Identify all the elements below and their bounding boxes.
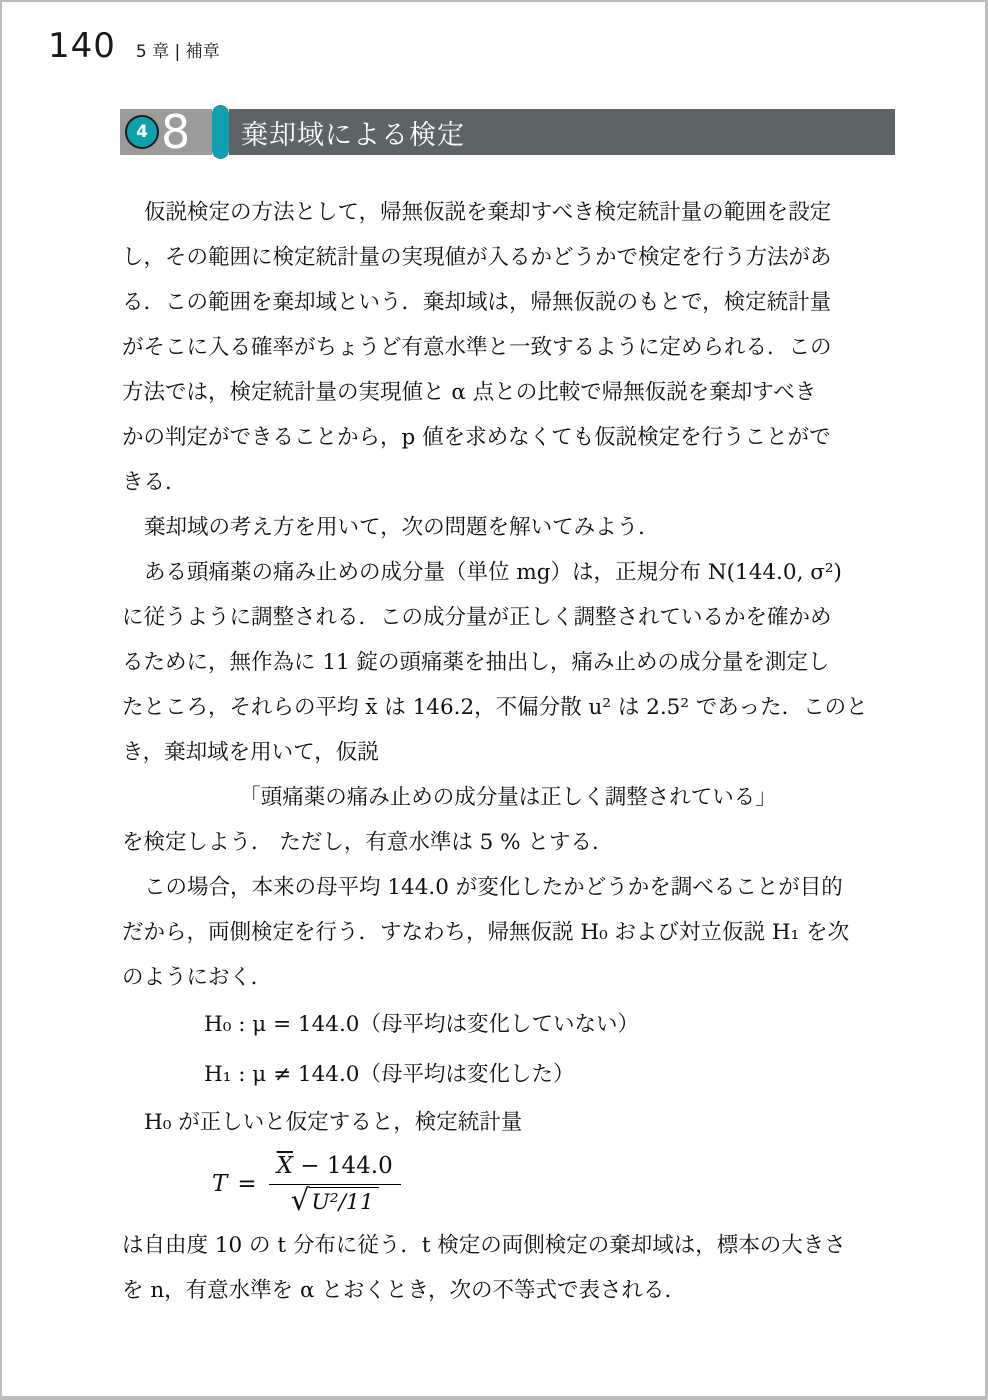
numerator-rest: − 144.0 — [293, 1153, 393, 1179]
text-line: H₀ が正しいと仮定すると，検定統計量 — [122, 1100, 894, 1145]
text-line: るために，無作為に 11 錠の頭痛薬を抽出し，痛み止めの成分量を測定し — [122, 640, 894, 685]
text-line: を検定しよう． ただし，有意水準は 5 % とする． — [122, 820, 894, 865]
body-text: 仮説検定の方法として，帰無仮説を棄却すべき検定統計量の範囲を設定し，その範囲に検… — [122, 190, 894, 1313]
paragraph-lines-b: は自由度 10 の t 分布に従う．t 検定の両側検定の棄却域は，標本の大きさを… — [122, 1223, 894, 1313]
text-line: きる． — [122, 460, 894, 505]
text-line: る．この範囲を棄却域という．棄却域は，帰無仮説のもとで，検定統計量 — [122, 280, 894, 325]
running-head: 140 5 章 | 補章 — [48, 26, 220, 66]
text-line: は自由度 10 の t 分布に従う．t 検定の両側検定の棄却域は，標本の大きさ — [122, 1223, 894, 1268]
sqrt-symbol: √ — [291, 1186, 310, 1215]
text-line: のようにおく． — [122, 955, 894, 1000]
formula-test-statistic: T = X − 144.0 √U²/11 — [212, 1148, 894, 1220]
text-line: H₀ : μ = 144.0（母平均は変化していない） — [122, 1000, 894, 1050]
accent-bar — [212, 105, 229, 159]
text-line: を n，有意水準を α とおくとき，次の不等式で表される． — [122, 1268, 894, 1313]
text-line: に従うように調整される．この成分量が正しく調整されているかを確かめ — [122, 595, 894, 640]
text-line: し，その範囲に検定統計量の実現値が入るかどうかで検定を行う方法があ — [122, 235, 894, 280]
section-title: 棄却域による検定 — [229, 109, 895, 155]
paragraph-lines-a: 仮説検定の方法として，帰無仮説を棄却すべき検定統計量の範囲を設定し，その範囲に検… — [122, 190, 894, 1145]
text-line: だから，両側検定を行う．すなわち，帰無仮説 H₀ および対立仮説 H₁ を次 — [122, 910, 894, 955]
text-line: 仮説検定の方法として，帰無仮説を棄却すべき検定統計量の範囲を設定 — [122, 190, 894, 235]
text-line: き，棄却域を用いて，仮説 — [122, 730, 894, 775]
text-line: この場合，本来の母平均 144.0 が変化したかどうかを調べることが目的 — [122, 865, 894, 910]
section-banner: 4 8 棄却域による検定 — [120, 109, 895, 155]
chapter-label: 5 章 | 補章 — [136, 37, 220, 62]
chapter-badge: 4 — [125, 115, 159, 149]
text-line: たところ，それらの平均 x̄ は 146.2，不偏分散 u² は 2.5² であ… — [122, 685, 894, 730]
text-line: 「頭痛薬の痛み止めの成分量は正しく調整されている」 — [122, 775, 894, 820]
xbar-variable: X — [277, 1153, 293, 1179]
formula-lhs: T — [212, 1162, 227, 1207]
text-line: ある頭痛薬の痛み止めの成分量（単位 mg）は，正規分布 N(144.0, σ²) — [122, 550, 894, 595]
denominator: √U²/11 — [291, 1185, 379, 1216]
text-line: H₁ : μ ≠ 144.0（母平均は変化した） — [122, 1050, 894, 1100]
equals-sign: = — [237, 1162, 256, 1207]
fraction: X − 144.0 √U²/11 — [269, 1152, 401, 1216]
textbook-page: 140 5 章 | 補章 4 8 棄却域による検定 仮説検定の方法として，帰無仮… — [0, 0, 988, 1400]
numerator: X − 144.0 — [269, 1152, 401, 1185]
text-line: がそこに入る確率がちょうど有意水準と一致するように定められる．この — [122, 325, 894, 370]
page-number: 140 — [48, 26, 116, 66]
section-number: 8 — [161, 109, 190, 155]
chapter-badge-number: 4 — [136, 122, 148, 142]
section-number-block: 4 8 — [120, 109, 212, 155]
text-line: 方法では，検定統計量の実現値と α 点との比較で帰無仮説を棄却すべき — [122, 370, 894, 415]
radicand: U²/11 — [309, 1187, 378, 1216]
text-line: かの判定ができることから，p 値を求めなくても仮説検定を行うことがで — [122, 415, 894, 460]
text-line: 棄却域の考え方を用いて，次の問題を解いてみよう． — [122, 505, 894, 550]
